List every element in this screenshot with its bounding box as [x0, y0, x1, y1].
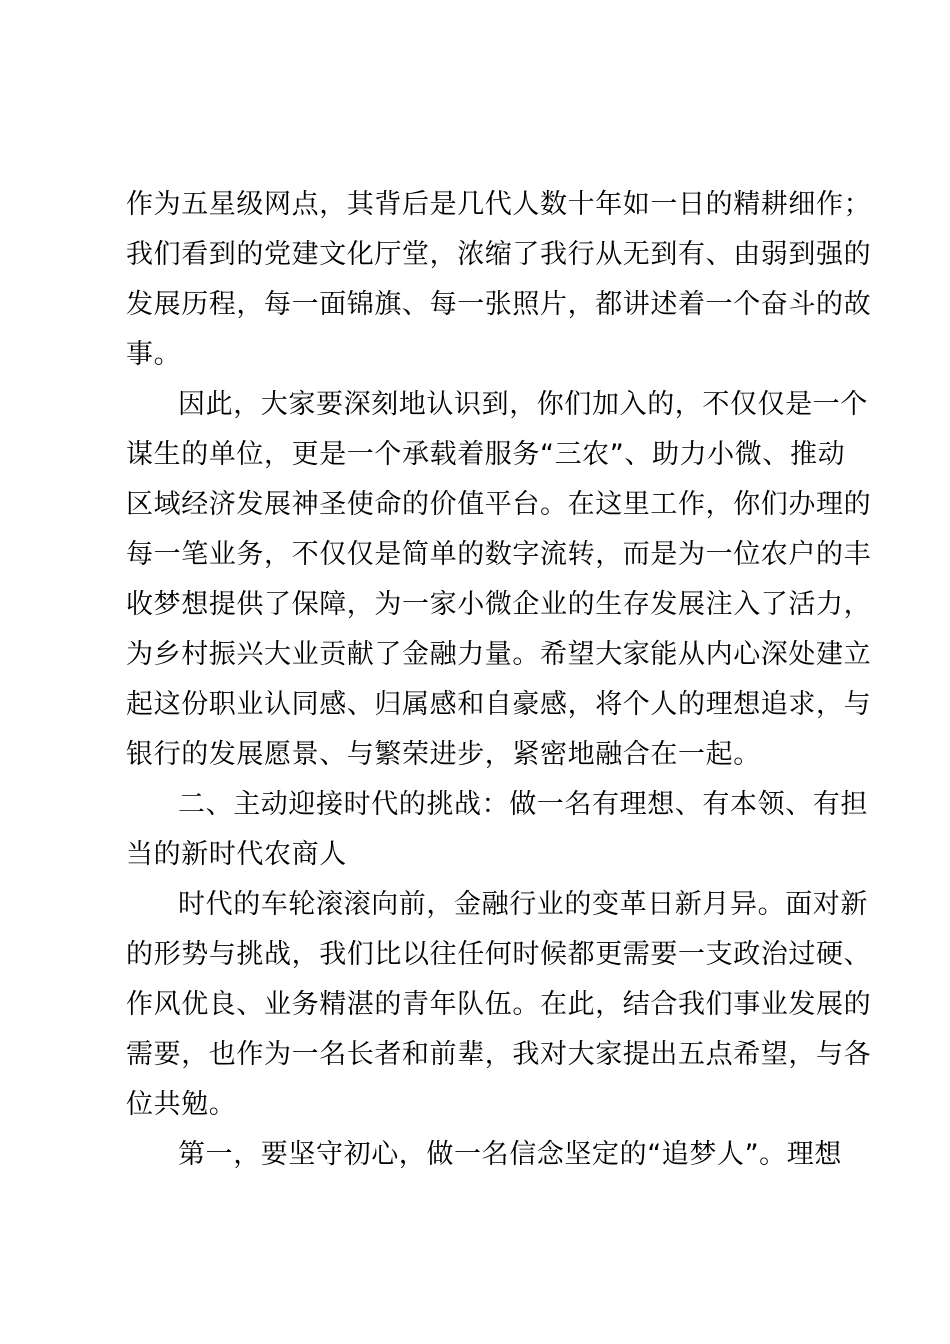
text-line: 每一笔业务，不仅仅是简单的数字流转，而是为一位农户的丰: [126, 530, 832, 580]
text-line: 第一，要坚守初心，做一名信念坚定的“追梦人”。理想: [126, 1130, 832, 1180]
paragraph-mission: 因此，大家要深刻地认识到，你们加入的，不仅仅是一个 谋生的单位，更是一个承载着服…: [126, 380, 832, 780]
text-line: 的形势与挑战，我们比以往任何时候都更需要一支政治过硬、: [126, 930, 832, 980]
text-line: 事。: [126, 330, 832, 380]
paragraph-challenges: 时代的车轮滚滚向前，金融行业的变革日新月异。面对新 的形势与挑战，我们比以往任何…: [126, 880, 832, 1130]
paragraph-continued: 作为五星级网点，其背后是几代人数十年如一日的精耕细作； 我们看到的党建文化厅堂，…: [126, 180, 832, 380]
text-line: 作风优良、业务精湛的青年队伍。在此，结合我们事业发展的: [126, 980, 832, 1030]
paragraph-first-hope: 第一，要坚守初心，做一名信念坚定的“追梦人”。理想: [126, 1130, 832, 1180]
text-line: 收梦想提供了保障，为一家小微企业的生存发展注入了活力，: [126, 580, 832, 630]
text-line: 我们看到的党建文化厅堂，浓缩了我行从无到有、由弱到强的: [126, 230, 832, 280]
text-line: 区域经济发展神圣使命的价值平台。在这里工作，你们办理的: [126, 480, 832, 530]
text-line: 为乡村振兴大业贡献了金融力量。希望大家能从内心深处建立: [126, 630, 832, 680]
heading-line: 二、主动迎接时代的挑战：做一名有理想、有本领、有担: [126, 780, 832, 830]
text-line: 因此，大家要深刻地认识到，你们加入的，不仅仅是一个: [126, 380, 832, 430]
text-line: 银行的发展愿景、与繁荣进步，紧密地融合在一起。: [126, 730, 832, 780]
heading-line: 当的新时代农商人: [126, 830, 832, 880]
text-line: 作为五星级网点，其背后是几代人数十年如一日的精耕细作；: [126, 180, 832, 230]
text-line: 起这份职业认同感、归属感和自豪感，将个人的理想追求，与: [126, 680, 832, 730]
text-line: 谋生的单位，更是一个承载着服务“三农”、助力小微、推动: [126, 430, 832, 480]
text-line: 时代的车轮滚滚向前，金融行业的变革日新月异。面对新: [126, 880, 832, 930]
text-line: 需要，也作为一名长者和前辈，我对大家提出五点希望，与各: [126, 1030, 832, 1080]
text-line: 位共勉。: [126, 1080, 832, 1130]
document-page: 作为五星级网点，其背后是几代人数十年如一日的精耕细作； 我们看到的党建文化厅堂，…: [126, 180, 832, 1180]
text-line: 发展历程，每一面锦旗、每一张照片，都讲述着一个奋斗的故: [126, 280, 832, 330]
section-heading: 二、主动迎接时代的挑战：做一名有理想、有本领、有担 当的新时代农商人: [126, 780, 832, 880]
